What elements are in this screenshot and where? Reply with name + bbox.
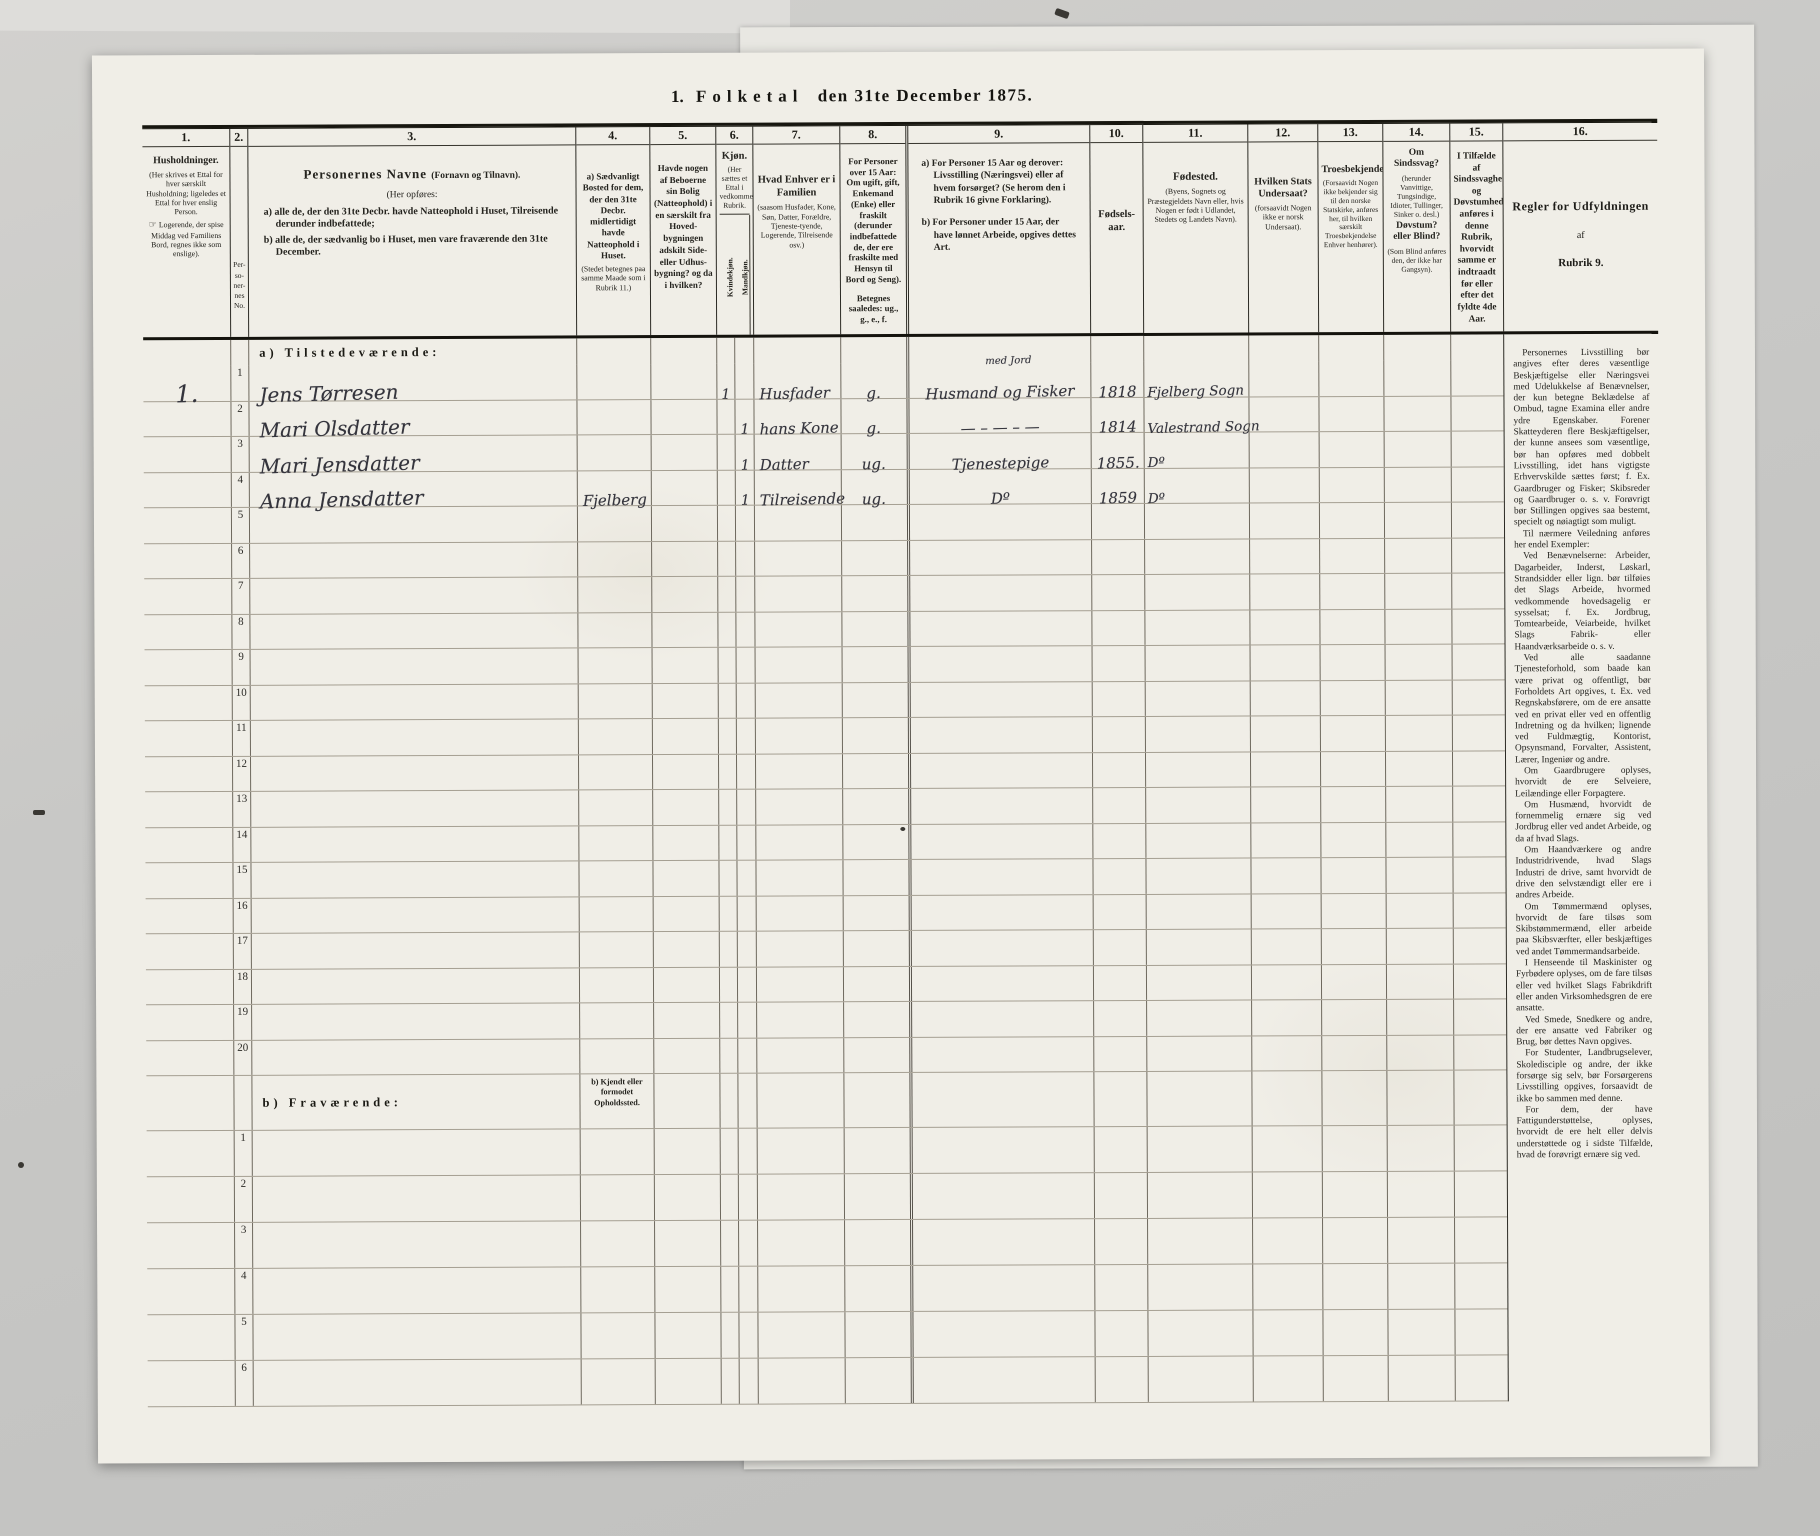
rules-paragraph: Ved Benævnelserne: Arbeider, Dagarbeider… [1514, 551, 1650, 653]
cell-household-number [147, 1177, 234, 1222]
table-header: 1. Husholdninger. (Her skrives et Ettal … [142, 122, 1658, 341]
cell-outbuilding [653, 1074, 719, 1128]
cell-person-number: 16 [233, 898, 251, 933]
cell-usual-residence: Fjelberg [577, 471, 651, 506]
cell-female-mark [736, 825, 755, 860]
col5-text: Havde nogen af Beboerne sin Bolig (Natte… [653, 163, 713, 292]
table-row: 9 [145, 644, 1505, 685]
header-col-birthplace: 11. Fødested. (Byens, Sognets og Præsteg… [1142, 124, 1248, 332]
cell-family-position [758, 1358, 845, 1403]
cell-household-number: 1. [143, 366, 230, 401]
ink-speck [18, 1162, 24, 1168]
cell-citizenship [1252, 1172, 1322, 1217]
col14-note: (herunder Vanvittige, Tungsindige, Idiot… [1386, 173, 1446, 218]
cell-birth-year [1093, 1036, 1146, 1071]
cell-birth-year: 1814 [1090, 397, 1143, 432]
cell-disability-onset [1453, 1070, 1506, 1124]
col6-title: Kjøn. [719, 151, 749, 164]
cell-female-mark: 1 [734, 399, 753, 434]
cell-disability-onset [1453, 928, 1506, 963]
cell-person-number: 9 [232, 650, 250, 685]
cell-marital-status [843, 966, 909, 1001]
cell-household-number [146, 969, 233, 1004]
cell-female-mark [734, 364, 753, 399]
cell-disability [1383, 361, 1450, 396]
cell-disability-onset [1452, 715, 1505, 750]
cell-family-position [756, 967, 843, 1002]
cell-name [251, 932, 579, 968]
cell-male-mark [716, 399, 734, 434]
header-col-households: 1. Husholdninger. (Her skrives et Ettal … [142, 129, 230, 337]
cell-occupation: Dº [907, 469, 1091, 504]
cell-name [250, 755, 578, 791]
cell-female-mark [739, 1359, 758, 1404]
cell-outbuilding [650, 338, 716, 364]
cell-disability-onset [1452, 822, 1505, 857]
cell-marital-status [842, 753, 908, 788]
cell-occupation [911, 1357, 1095, 1403]
col13-title: Troesbekjendelse. [1321, 164, 1379, 176]
cell-household-number [145, 685, 232, 720]
cell-outbuilding [655, 1359, 721, 1404]
cell-household-number [147, 1131, 234, 1176]
cell-occupation [908, 646, 1092, 681]
cell-marital-status [843, 1037, 909, 1072]
table-row: 10 [145, 680, 1505, 721]
cell-household-number [145, 863, 232, 898]
cell-citizenship [1248, 361, 1318, 396]
cell-male-mark [717, 541, 735, 576]
cell-usual-residence [580, 1175, 654, 1220]
table-row: 3 [147, 1217, 1507, 1269]
cell-religion [1319, 574, 1384, 609]
cell-household-number [148, 1361, 235, 1406]
cell-marital-status [842, 860, 908, 895]
cell-religion [1322, 1172, 1387, 1217]
col9-item-a: a) For Personer 15 Aar og derover: Livss… [911, 157, 1086, 207]
ink-speck [900, 827, 905, 831]
cell-family-position: Datter [754, 434, 841, 469]
column-number: 16. [1503, 123, 1657, 142]
cell-birth-year [1094, 1265, 1147, 1310]
cell-occupation [908, 859, 1092, 894]
cell-person-number: 6 [231, 543, 249, 578]
cell-occupation [910, 1265, 1094, 1311]
cell-religion [1319, 432, 1384, 467]
section-a-label: a) Tilstedeværende: [259, 345, 440, 361]
cell-citizenship [1250, 858, 1320, 893]
cell-person-number: 3 [231, 437, 249, 472]
cell-birth-year [1091, 575, 1144, 610]
cell-birthplace [1147, 1310, 1252, 1355]
cell-usual-residence [578, 790, 652, 825]
rules-title-line2: af [1504, 230, 1658, 242]
cell-birthplace [1144, 610, 1249, 645]
cell-household-number [146, 898, 233, 933]
cell-citizenship [1251, 1071, 1321, 1125]
col4-text: a) Sædvanligt Bosted for dem, der den 31… [579, 171, 646, 261]
cell-religion [1321, 964, 1386, 999]
rules-paragraph: For dem, der have Fattigunderstøttelse, … [1517, 1105, 1653, 1162]
cell-disability [1384, 467, 1451, 502]
col2-line: No. [234, 301, 245, 311]
cell-female-mark [736, 683, 755, 718]
rules-paragraph: I Henseende til Maskinister og Fyrbødere… [1516, 958, 1652, 1015]
cell-disability-onset [1452, 751, 1505, 786]
cell-male-mark [717, 506, 735, 541]
cell-citizenship [1250, 752, 1320, 787]
cell-person-number: 10 [232, 685, 250, 720]
cell-citizenship [1250, 823, 1320, 858]
column-number: 8. [840, 126, 905, 144]
col2-line: Per- [233, 260, 245, 270]
col11-title: Fødested. [1146, 170, 1244, 184]
cell-birthplace [1145, 823, 1250, 858]
cell-outbuilding [652, 790, 718, 825]
cell-name [250, 790, 578, 826]
cell-birthplace: Valestrand Sogn [1143, 397, 1248, 432]
cell-birthplace [1144, 574, 1249, 609]
cell-usual-residence [579, 897, 653, 932]
cell-family-position [755, 647, 842, 682]
cell-outbuilding [651, 506, 717, 541]
cell-household-number [147, 1269, 234, 1314]
cell-citizenship [1248, 397, 1318, 432]
cell-citizenship [1249, 610, 1319, 645]
cell-disability [1384, 574, 1451, 609]
cell-female-mark: 1 [735, 435, 754, 470]
col3-subtitle: (Her opføres: [252, 190, 573, 203]
cell-person-number: 15 [232, 863, 250, 898]
cell-usual-residence [578, 648, 652, 683]
table-row: 1.1Jens Tørresen1Husfaderg.Husmand og Fi… [143, 360, 1503, 401]
cell-occupation [907, 575, 1091, 610]
cell-name [250, 719, 578, 755]
cell-household-number [144, 472, 231, 507]
cell-birthplace [1146, 1071, 1251, 1125]
cell-male-mark [718, 719, 736, 754]
cell-household-number [145, 721, 232, 756]
header-col-occupation: 9. a) For Personer 15 Aar og derover: Li… [905, 125, 1090, 334]
cell-birth-year [1094, 1219, 1147, 1264]
cell-marital-status [844, 1312, 910, 1357]
cell-disability-onset [1454, 1309, 1507, 1354]
cell-person-number: 18 [233, 969, 251, 1004]
cell-disability-onset [1453, 893, 1506, 928]
cell-birth-year [1093, 1001, 1146, 1036]
cell-male-mark [719, 1038, 737, 1073]
cell-outbuilding [651, 435, 717, 470]
cell-marital-status [841, 611, 907, 646]
backing-sheet-top-edge [0, 0, 790, 33]
cell-marital-status: g. [840, 363, 906, 398]
cell-birthplace [1148, 1356, 1253, 1401]
cell-religion [1321, 929, 1386, 964]
cell-birthplace [1146, 1036, 1251, 1071]
cell-marital-status [842, 718, 908, 753]
cell-disability-onset [1450, 360, 1503, 395]
cell-birth-year: 1818 [1090, 362, 1143, 397]
cell-usual-residence [578, 719, 652, 754]
cell-person-number: 11 [232, 721, 250, 756]
cell-birthplace [1143, 335, 1248, 361]
cell-disability [1386, 1035, 1453, 1070]
cell-religion [1320, 787, 1385, 822]
cell-outbuilding [652, 683, 718, 718]
cell-person-number: 4 [234, 1269, 252, 1314]
col14-title2: Døvstum? eller Blind? [1387, 220, 1447, 243]
cell-female-mark [737, 967, 756, 1002]
cell-disability [1383, 335, 1450, 361]
cell-usual-residence [576, 400, 650, 435]
col10-text: Fødsels-aar. [1094, 209, 1140, 234]
cell-female-mark [738, 1129, 757, 1174]
column-number: 10. [1090, 125, 1142, 143]
table-row: 14 [145, 822, 1505, 863]
cell-name: b) Fraværende: [251, 1074, 579, 1129]
column-number: 4. [576, 127, 649, 145]
cell-person-number: 20 [233, 1040, 251, 1075]
table-row: 4 [147, 1263, 1507, 1315]
cell-female-mark [734, 338, 753, 364]
cell-occupation [907, 611, 1091, 646]
cell-outbuilding [654, 1221, 720, 1266]
cell-male-mark [719, 967, 737, 1002]
cell-male-mark [719, 1074, 737, 1128]
header-col-sex: 6. Kjøn. (Her sættes et Ettal i vedkomme… [715, 127, 753, 335]
cell-citizenship [1249, 574, 1319, 609]
cell-female-mark [738, 1175, 757, 1220]
cell-birth-year [1094, 1311, 1147, 1356]
cell-disability [1386, 1000, 1453, 1035]
cell-birthplace [1146, 965, 1251, 1000]
cell-person-number: 8 [231, 614, 249, 649]
cell-marital-status [843, 931, 909, 966]
table-row: 15 [145, 857, 1505, 898]
cell-usual-residence [577, 506, 651, 541]
cell-birth-year [1092, 681, 1145, 716]
rules-title-line1: Regler for Udfyldningen [1504, 199, 1658, 215]
cell-disability-onset [1452, 786, 1505, 821]
column-number: 1. [142, 129, 229, 147]
header-col-citizenship: 12. Hvilken Stats Undersaat? (forsaavidt… [1247, 124, 1318, 332]
cell-family-position [753, 337, 840, 363]
cell-female-mark [737, 932, 756, 967]
cell-religion [1320, 716, 1385, 751]
col1-note2: Logerende, der spise Middag ved Familien… [151, 220, 223, 259]
cell-birth-year [1092, 859, 1145, 894]
cell-usual-residence [578, 861, 652, 896]
cell-disability [1385, 858, 1452, 893]
rules-paragraph: Om Gaardbrugere oplyses, hvorvidt de ere… [1515, 766, 1651, 800]
section-b-label: b) Fraværende: [262, 1095, 402, 1111]
cell-person-number: 5 [231, 508, 249, 543]
cell-usual-residence [579, 932, 653, 967]
cell-marital-status: ug. [841, 469, 907, 504]
cell-disability [1387, 1264, 1454, 1309]
cell-usual-residence [579, 968, 653, 1003]
cell-marital-status: ug. [841, 434, 907, 469]
cell-person-number: 17 [233, 934, 251, 969]
cell-disability [1385, 680, 1452, 715]
col3-title: Personernes Navne [303, 166, 427, 182]
header-col-person-number: 2. Per- so- ner- nes No. [229, 129, 248, 337]
cell-family-position [754, 541, 841, 576]
cell-citizenship [1251, 1000, 1321, 1035]
cell-name [252, 1129, 580, 1175]
title-number: 1. [671, 87, 684, 106]
rules-title-line3: Rubrik 9. [1504, 257, 1658, 270]
rules-paragraph: For Studenter, Landbrugselever, Skoledis… [1516, 1048, 1652, 1105]
cell-birth-year [1091, 504, 1144, 539]
cell-person-number: 19 [233, 1005, 251, 1040]
rules-paragraph: Til nærmere Veiledning anføres her endel… [1514, 528, 1650, 551]
col9-item-b: b) For Personer under 15 Aar, der have l… [912, 217, 1087, 255]
title-main: Folketal [696, 86, 804, 105]
cell-marital-status [841, 505, 907, 540]
col3-title-paren: (Fornavn og Tilnavn). [431, 171, 520, 181]
cell-name [249, 542, 577, 578]
table-row: 5 [144, 502, 1504, 543]
cell-household-number [144, 543, 231, 578]
cell-occupation [910, 1127, 1094, 1173]
cell-occupation [907, 504, 1091, 539]
cell-disability-onset [1452, 857, 1505, 892]
cell-religion [1319, 467, 1384, 502]
cell-male-mark [719, 1003, 737, 1038]
rules-paragraph: Om Husmænd, hvorvidt de fornemmelig ernæ… [1515, 800, 1651, 846]
cell-religion [1319, 609, 1384, 644]
cell-marital-status [844, 1128, 910, 1173]
cell-male-mark [717, 612, 735, 647]
cell-family-position [754, 505, 841, 540]
cell-female-mark [736, 790, 755, 825]
cell-outbuilding [653, 896, 719, 931]
cell-disability-onset [1450, 334, 1503, 360]
cell-name [249, 577, 577, 613]
cell-household-number [145, 756, 232, 791]
cell-citizenship [1250, 716, 1320, 751]
section-b-residence-note: b) Kjendt ellerformodetOpholdssted. [591, 1074, 643, 1108]
table-row: 8 [144, 609, 1504, 650]
cell-religion [1322, 1218, 1387, 1263]
cell-birthplace [1147, 1264, 1252, 1309]
cell-outbuilding [652, 754, 718, 789]
cell-household-number [144, 614, 231, 649]
cell-religion [1321, 893, 1386, 928]
cell-name [250, 648, 578, 684]
cell-male-mark [718, 754, 736, 789]
cell-occupation: — – — – — [906, 398, 1090, 433]
table-row: 19 [146, 999, 1506, 1040]
cell-birthplace: Dº [1144, 468, 1249, 503]
cell-male-mark [720, 1221, 738, 1266]
cell-marital-status [842, 647, 908, 682]
cell-person-number: 6 [235, 1361, 253, 1406]
col1-note: (Her skrives et Ettal for hver særskilt … [145, 170, 226, 217]
cell-disability-onset [1451, 431, 1504, 466]
cell-birthplace [1145, 681, 1250, 716]
cell-disability [1387, 1126, 1454, 1171]
title-rest: den 31te December 1875. [818, 85, 1034, 105]
cell-citizenship [1250, 787, 1320, 822]
cell-female-mark [737, 1074, 756, 1128]
cell-occupation [909, 966, 1093, 1001]
cell-marital-status [842, 789, 908, 824]
census-table: 1. Husholdninger. (Her skrives et Ettal … [142, 119, 1663, 1408]
pointing-hand-icon: ☞ [149, 220, 157, 230]
cell-outbuilding [654, 1175, 720, 1220]
cell-female-mark [738, 1267, 757, 1312]
cell-family-position [755, 754, 842, 789]
col3-item-a: a) alle de, der den 31te Decbr. havde Na… [252, 205, 573, 230]
cell-disability [1386, 964, 1453, 999]
cell-citizenship [1252, 1310, 1322, 1355]
cell-family-position [757, 1266, 844, 1311]
column-number: 14. [1383, 124, 1449, 142]
cell-citizenship [1252, 1218, 1322, 1263]
table-row: 20 [146, 1035, 1506, 1076]
cell-disability-onset [1454, 1171, 1507, 1216]
cell-citizenship [1249, 432, 1319, 467]
scanned-census-page: 1. Folketal den 31te December 1875. 1. H… [0, 0, 1820, 1536]
column-number: 5. [650, 127, 715, 145]
cell-usual-residence [580, 1313, 654, 1358]
table-row: 4Anna JensdatterFjelberg1Tilreisendeug.D… [144, 467, 1504, 508]
cell-birthplace [1145, 645, 1250, 680]
cell-usual-residence [579, 1039, 653, 1074]
cell-family-position [755, 718, 842, 753]
table-row: 6 [148, 1355, 1508, 1407]
cell-person-number: 4 [231, 472, 249, 507]
cell-occupation [908, 682, 1092, 717]
cell-birthplace [1146, 929, 1251, 964]
cell-birthplace [1145, 716, 1250, 751]
cell-occupation [908, 753, 1092, 788]
cell-marital-status [843, 895, 909, 930]
cell-male-mark [717, 577, 735, 612]
cell-household-number [145, 827, 232, 862]
cell-marital-status [842, 682, 908, 717]
cell-disability-onset [1454, 1125, 1507, 1170]
cell-religion [1318, 335, 1383, 361]
cell-usual-residence [576, 364, 650, 399]
cell-usual-residence [576, 338, 650, 364]
cell-birth-year [1092, 823, 1145, 858]
cell-religion [1320, 858, 1385, 893]
col4-note: (Stedet betegnes paa samme Maade som i R… [580, 264, 647, 292]
cell-birth-year [1090, 336, 1143, 362]
cell-birthplace [1147, 1218, 1252, 1263]
col1-title: Husholdninger. [145, 155, 226, 167]
cell-outbuilding [653, 1038, 719, 1073]
cell-disability [1384, 609, 1451, 644]
cell-outbuilding [654, 1313, 720, 1358]
cell-citizenship [1248, 335, 1318, 361]
cell-birthplace [1145, 787, 1250, 822]
cell-usual-residence [578, 684, 652, 719]
cell-occupation [908, 717, 1092, 752]
cell-citizenship [1251, 894, 1321, 929]
cell-disability [1387, 1218, 1454, 1263]
cell-marital-status [845, 1358, 911, 1403]
column-number: 12. [1248, 124, 1317, 142]
cell-marital-status [842, 824, 908, 859]
cell-birth-year [1092, 752, 1145, 787]
table-row: 2Mari Olsdatter1hans Koneg.— – — – —1814… [143, 396, 1503, 437]
column-number: 2. [230, 129, 247, 147]
cell-female-mark [738, 1313, 757, 1358]
